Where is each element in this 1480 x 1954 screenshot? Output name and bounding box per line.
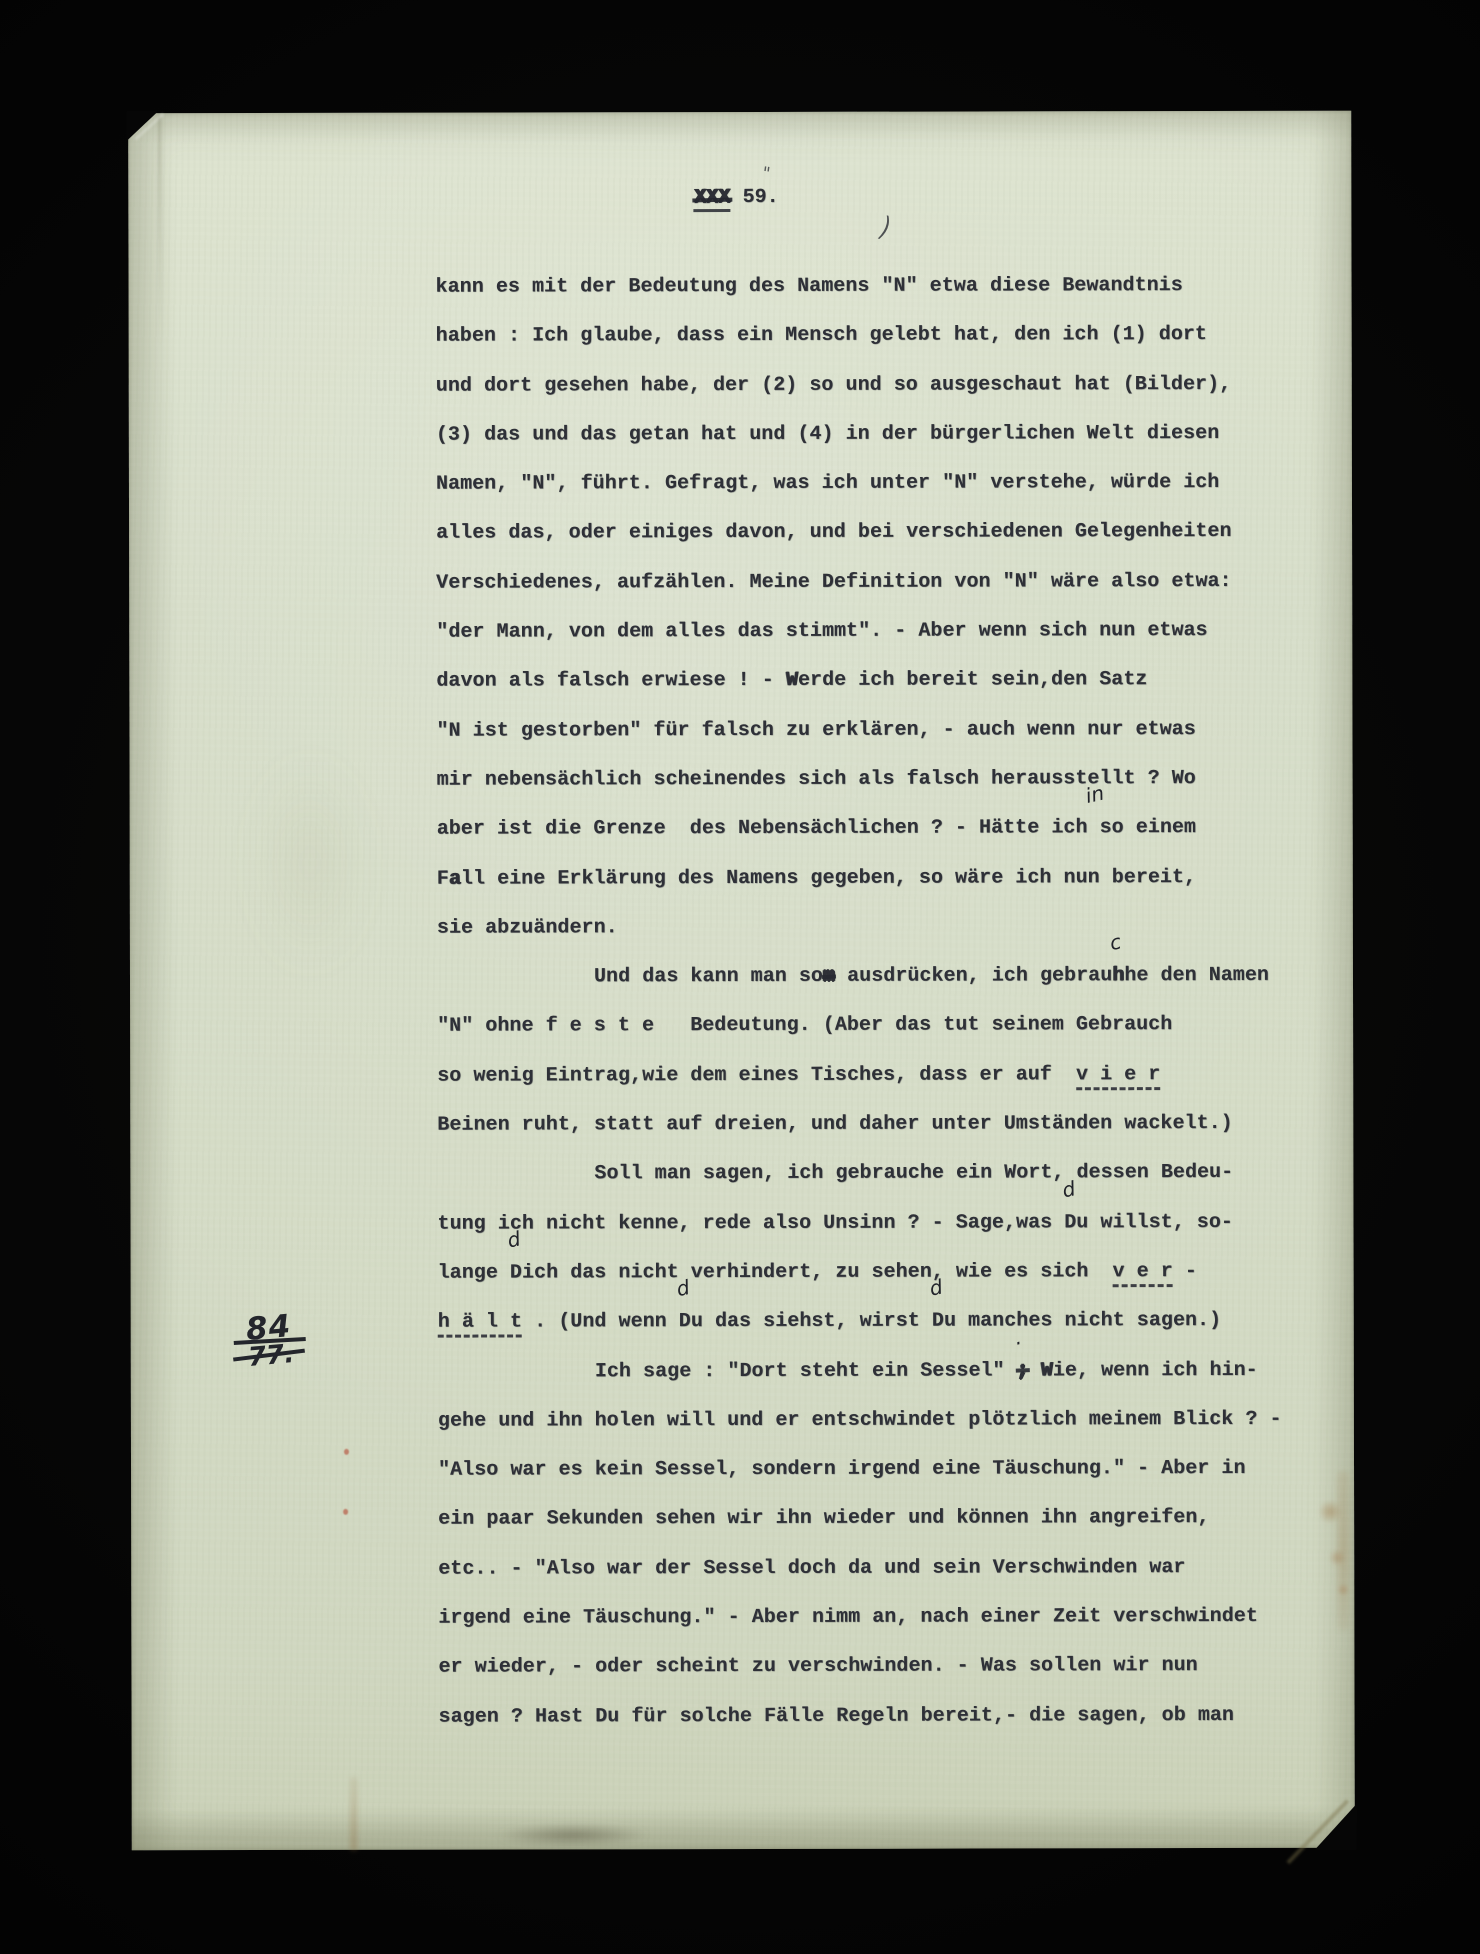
pen-mark-quote: "	[761, 164, 771, 185]
page-number: 59.	[730, 186, 778, 209]
typed-line: etc.. - "Also war der Sessel doch da und…	[438, 1543, 1238, 1594]
typed-line: und dort gesehen habe, der (2) so und so…	[436, 360, 1236, 411]
handwritten-insertion: in	[1084, 784, 1106, 805]
document-page: XXX 59. " ) kann es mit der Bedeutung de…	[128, 111, 1355, 1851]
photo-background: XXX 59. " ) kann es mit der Bedeutung de…	[0, 0, 1480, 1954]
stain	[1337, 1471, 1349, 1631]
pen-mark-squiggle: )	[878, 212, 893, 244]
typed-line: davon als falsch erwiese ! - Werde ich b…	[436, 655, 1236, 706]
typed-line: mir nebensächlich scheinendes sich als f…	[437, 754, 1237, 805]
typed-line: "N" ohne f e s t e Bedeutung. (Aber das …	[437, 1000, 1237, 1051]
typed-line: "Also war es kein Sessel, sondern irgend…	[438, 1444, 1238, 1495]
left-edge-crease	[158, 117, 161, 347]
typed-line: Fall eine Erklärung des Namens gegeben, …	[437, 853, 1237, 904]
typed-line: (3) das und das getan hat und (4) in der…	[436, 409, 1236, 460]
stain	[1329, 1549, 1345, 1567]
typed-line: alles das, oder einiges davon, und bei v…	[436, 507, 1236, 558]
stain	[498, 1824, 648, 1846]
typed-line: aber ist die Grenze des Nebensächlichen …	[437, 803, 1237, 854]
typed-line: so wenig Eintrag,wie dem eines Tisches, …	[437, 1050, 1237, 1101]
typed-line: h ä l t . (Und wenn Ddu das siehst, wirs…	[438, 1296, 1238, 1347]
typed-line: gehe und ihn holen will und er entschwin…	[438, 1395, 1238, 1446]
typed-line: tung ich nicht kenne, rede also Unsinn ?…	[437, 1198, 1237, 1249]
typed-line: Und das kann man som ausdrücken, ich geb…	[437, 951, 1237, 1002]
margin-page-number: 84 77.	[232, 1310, 307, 1372]
red-speck	[343, 1509, 348, 1515]
typed-line: "der Mann, von dem alles das stimmt". - …	[436, 606, 1236, 657]
typed-line: Namen, "N", führt. Gefragt, was ich unte…	[436, 458, 1236, 509]
typed-line: Ich sage : "Dort steht ein Sessel" ;. Wi…	[438, 1345, 1238, 1396]
typed-line: ein paar Sekunden sehen wir ihn wieder u…	[438, 1493, 1238, 1544]
typed-line: sagen ? Hast Du für solche Fälle Regeln …	[438, 1691, 1238, 1742]
red-speck	[344, 1449, 349, 1455]
typed-line: "N ist gestorben" für falsch zu erklären…	[436, 705, 1236, 756]
typed-line: lange Ddich das nicht verhindert, zu seh…	[438, 1247, 1238, 1298]
corner-fold-top-left	[126, 111, 158, 141]
handwritten-insertion: d	[1060, 1179, 1076, 1199]
stain	[250, 753, 370, 973]
typed-line: Soll man sagen, ich gebrauche ein Wort, …	[437, 1148, 1237, 1199]
stain	[1319, 1499, 1341, 1525]
stain	[350, 1777, 358, 1851]
typed-text-block: kann es mit der Bedeutung des Namens "N"…	[435, 261, 1238, 1742]
struck-out-text: XXX	[694, 186, 730, 209]
crossed-out-page-number: 77.	[244, 1341, 298, 1372]
typed-line: kann es mit der Bedeutung des Namens "N"…	[435, 261, 1235, 312]
typed-line: Beinen ruht, statt auf dreien, und daher…	[437, 1099, 1237, 1150]
page-header: XXX 59.	[694, 186, 778, 209]
typed-line: er wieder, - oder scheint zu verschwinde…	[438, 1641, 1238, 1692]
typed-line: haben : Ich glaube, dass ein Mensch gele…	[436, 310, 1236, 361]
typed-line: irgend eine Täuschung." - Aber nimm an, …	[438, 1592, 1238, 1643]
typed-line: Verschiedenes, aufzählen. Meine Definiti…	[436, 557, 1236, 608]
stain	[1337, 1583, 1349, 1597]
